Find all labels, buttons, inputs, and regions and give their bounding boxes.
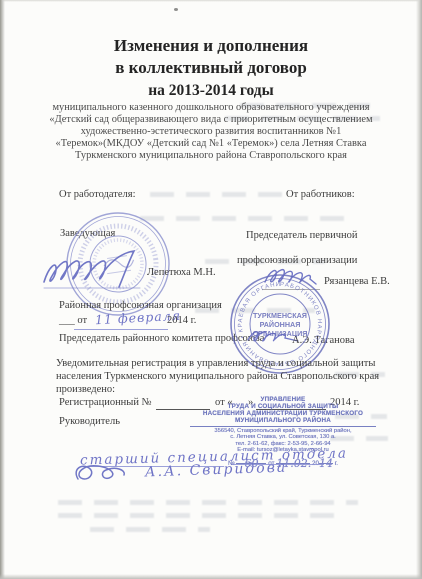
stamp-org-line: НАСЕЛЕНИЯ АДМИНИСТРАЦИИ ТУРКМЕНСКОГО xyxy=(190,410,376,417)
employer-party-label: От работодателя: xyxy=(59,189,136,200)
district-union-from: ___ от xyxy=(59,315,87,326)
subtitle-line: муниципального казенного дошкольного обр… xyxy=(0,102,422,114)
bleed-through-line xyxy=(58,513,338,518)
ink-speck xyxy=(174,8,178,11)
bleed-through-line xyxy=(58,500,358,505)
employer-name: Лепетюха М.Н. xyxy=(147,267,216,278)
stamp-center-line2: РАЙОННАЯ xyxy=(260,320,301,329)
scanned-document-page: Изменения и дополнения в коллективный до… xyxy=(0,0,422,579)
employees-party-label: От работников: xyxy=(286,189,355,200)
subtitle-line: художественно-эстетического развития вос… xyxy=(0,126,422,138)
handwritten-date-underline xyxy=(74,329,168,330)
registration-paragraph-line3: произведено: xyxy=(56,384,115,395)
stamp-org-line: УПРАВЛЕНИЕ xyxy=(190,396,376,403)
subtitle-line: «Теремок»(МКДОУ «Детский сад №1 «Теремок… xyxy=(0,138,422,150)
scan-edge-bottom xyxy=(0,574,422,579)
bleed-through-line xyxy=(90,527,210,532)
scan-edge-top xyxy=(0,0,422,2)
head-label: Руководитель xyxy=(59,416,120,427)
signoff-signature xyxy=(70,461,132,485)
district-union-year: 2014 г. xyxy=(167,315,196,326)
employer-signature xyxy=(40,246,150,292)
union-chair-name: Рязанцева Е.В. xyxy=(324,276,390,287)
subtitle-line: Туркменского муниципального района Ставр… xyxy=(0,150,422,162)
document-title-line1: Изменения и дополнения xyxy=(0,36,422,56)
stamp-center-line1: ТУРКМЕНСКАЯ xyxy=(253,311,307,320)
subtitle-line: «Детский сад общеразвивающего вида с при… xyxy=(0,114,422,126)
bleed-through-line xyxy=(140,216,355,221)
document-title-line3: на 2013-2014 годы xyxy=(0,82,422,100)
registration-number-label: Регистрационный № xyxy=(59,397,152,408)
document-title-line2: в коллективный договор xyxy=(0,58,422,78)
stamp-org-line: ТРУДА И СОЦИАЛЬНОЙ ЗАЩИТЫ xyxy=(190,403,376,410)
stamp-org-line: МУНИЦИПАЛЬНОГО РАЙОНА xyxy=(190,417,376,424)
registration-paragraph-line1: Уведомительная регистрация в управления … xyxy=(56,358,375,369)
stamp-center-line3: ОРГАНИЗАЦИЯ xyxy=(253,329,308,338)
bleed-through-line xyxy=(150,192,290,197)
registration-paragraph-line2: населения Туркменского муниципального ра… xyxy=(56,371,379,382)
union-chair-role-line1: Председатель первичной xyxy=(246,230,358,241)
